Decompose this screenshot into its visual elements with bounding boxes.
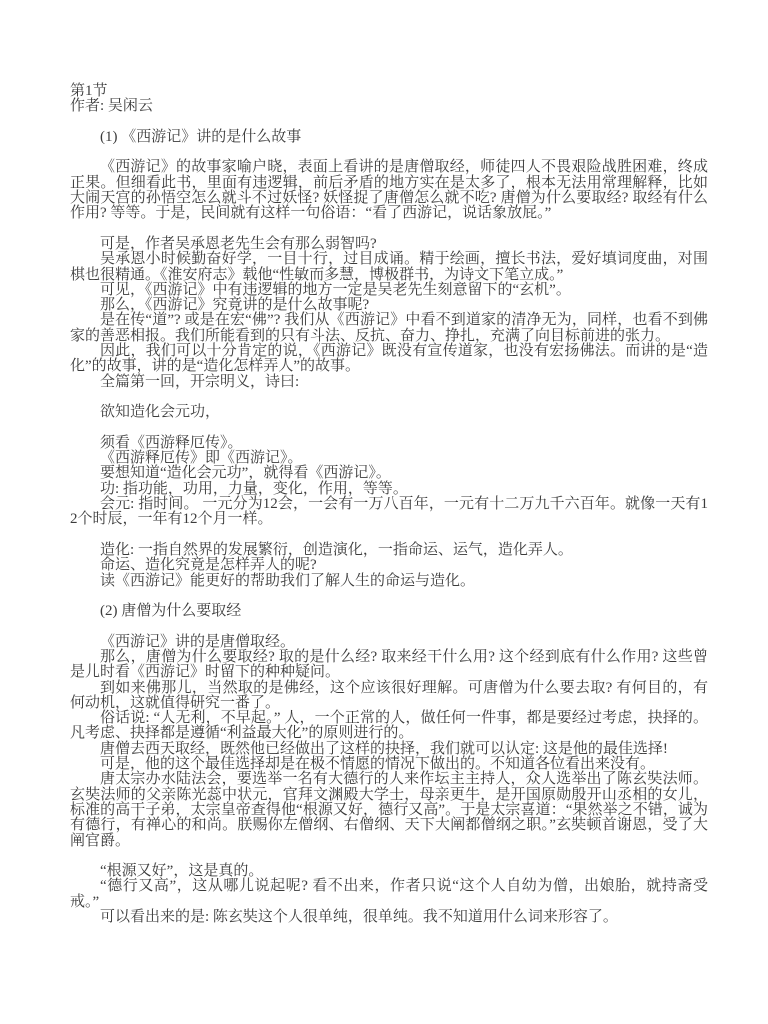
section-heading: (1) 《西游记》讲的是什么故事: [70, 130, 708, 145]
paragraph: 须看《西游释厄传》。: [70, 436, 708, 451]
paragraph: 命运、造化究竟是怎样弄人的呢?: [70, 558, 708, 573]
blank-line: [70, 222, 708, 237]
blank-line: [70, 589, 708, 604]
paragraph: 欲知造化会元功，: [70, 405, 708, 420]
paragraph: 到如来佛那儿，当然取的是佛经，这个应该很好理解。可唐僧为什么要去取? 有何目的，…: [70, 681, 708, 712]
paragraph: 功: 指功能，功用，力量，变化，作用，等等。: [70, 482, 708, 497]
blank-line: [70, 115, 708, 130]
paragraph: 要想知道“造化会元功”，就得看《西游记》。: [70, 466, 708, 481]
header-line: 第1节: [70, 84, 708, 99]
paragraph: 会元: 指时间。 一元分为12会，一会有一万八百年，一元有十二万九千六百年。就像…: [70, 497, 708, 528]
paragraph: 可是，作者吴承恩老先生会有那么弱智吗?: [70, 237, 708, 252]
paragraph: 《西游记》的故事家喻户晓，表面上看讲的是唐僧取经，师徒四人不畏艰险战胜困难，终成…: [70, 160, 708, 221]
paragraph: 唐僧去西天取经，既然他已经做出了这样的抉择，我们就可以认定: 这是他的最佳选择!: [70, 742, 708, 757]
paragraph: 可以看出来的是: 陈玄奘这个人很单纯，很单纯。我不知道用什么词来形容了。: [70, 910, 708, 925]
paragraph: 全篇第一回，开宗明义，诗曰:: [70, 375, 708, 390]
paragraph: 俗话说: “人无利，不早起。” 人，一个正常的人，做任何一件事，都是要经过考虑，…: [70, 711, 708, 742]
paragraph: 是在传“道”? 或是在宏“佛”? 我们从《西游记》中看不到道家的清净无为，同样，…: [70, 313, 708, 344]
header-line: 作者: 吴闲云: [70, 99, 708, 114]
blank-line: [70, 528, 708, 543]
paragraph: 造化: 一指自然界的发展繁衍，创造演化，一指命运、运气，造化弄人。: [70, 543, 708, 558]
paragraph: 因此，我们可以十分肯定的说，《西游记》既没有宣传道家，也没有宏扬佛法。而讲的是“…: [70, 344, 708, 375]
paragraph: “德行又高”，这从哪儿说起呢? 看不出来，作者只说“这个人自幼为僧，出娘胎，就持…: [70, 879, 708, 910]
paragraph: 读《西游记》能更好的帮助我们了解人生的命运与造化。: [70, 574, 708, 589]
paragraph: 《西游记》讲的是唐僧取经。: [70, 635, 708, 650]
document-content: 第1节作者: 吴闲云(1) 《西游记》讲的是什么故事《西游记》的故事家喻户晓，表…: [70, 84, 708, 925]
blank-line: [70, 849, 708, 864]
paragraph: 那么，唐僧为什么要取经? 取的是什么经? 取来经干什么用? 这个经到底有什么作用…: [70, 650, 708, 681]
paragraph: 吴承恩小时候勤奋好学，一目十行，过目成诵。精于绘画，擅长书法，爱好填词度曲，对围…: [70, 252, 708, 283]
blank-line: [70, 619, 708, 634]
blank-line: [70, 421, 708, 436]
paragraph: 可见，《西游记》中有违逻辑的地方一定是吴老先生刻意留下的“玄机”。: [70, 283, 708, 298]
section-heading: (2) 唐僧为什么要取经: [70, 604, 708, 619]
paragraph: 唐太宗办水陆法会，要选举一名有大德行的人来作坛主主持人，众人选举出了陈玄奘法师。…: [70, 772, 708, 848]
blank-line: [70, 390, 708, 405]
document-page: 第1节作者: 吴闲云(1) 《西游记》讲的是什么故事《西游记》的故事家喻户晓，表…: [0, 0, 768, 1024]
